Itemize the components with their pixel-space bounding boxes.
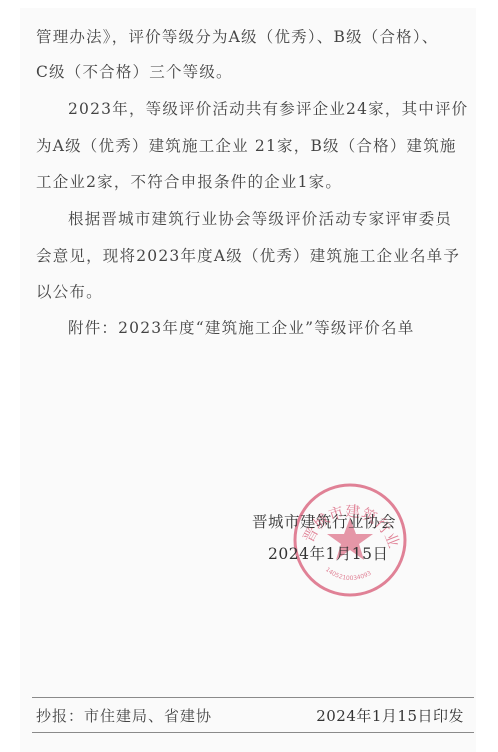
svg-text:1405210034093: 1405210034093 [324, 566, 373, 582]
cc-recipients: 抄报：市住建局、省建协 [36, 705, 212, 726]
body-line-2: C级（不合格）三个等级。 [36, 57, 466, 87]
body-line-1: 管理办法》，评价等级分为A级（优秀）、B级（合格）、 [36, 22, 466, 52]
signer-organization: 晋城市建筑行业协会 [252, 510, 396, 532]
body-line-8: 以公布。 [36, 277, 466, 307]
footer-bottom-divider [32, 732, 474, 733]
issue-date: 2024年1月15日印发 [316, 705, 464, 726]
footer-top-divider [32, 697, 474, 698]
body-line-5: 工企业2家，不符合申报条件的企业1家。 [36, 167, 466, 197]
body-line-6: 根据晋城市建筑行业协会等级评价活动专家评审委员 [68, 204, 498, 234]
official-seal-icon: 晋城市建筑行业协会 1405210034093 [290, 480, 410, 600]
body-line-7: 会意见，现将2023年度A级（优秀）建筑施工企业名单予 [36, 241, 466, 271]
body-line-4: 为A级（优秀）建筑施工企业 21家，B级（合格）建筑施 [36, 131, 466, 161]
attachment-line: 附件：2023年度“建筑施工企业”等级评价名单 [68, 313, 498, 343]
signature-date: 2024年1月15日 [268, 542, 389, 564]
body-line-3: 2023年，等级评价活动共有参评企业24家，其中评价 [68, 94, 498, 124]
